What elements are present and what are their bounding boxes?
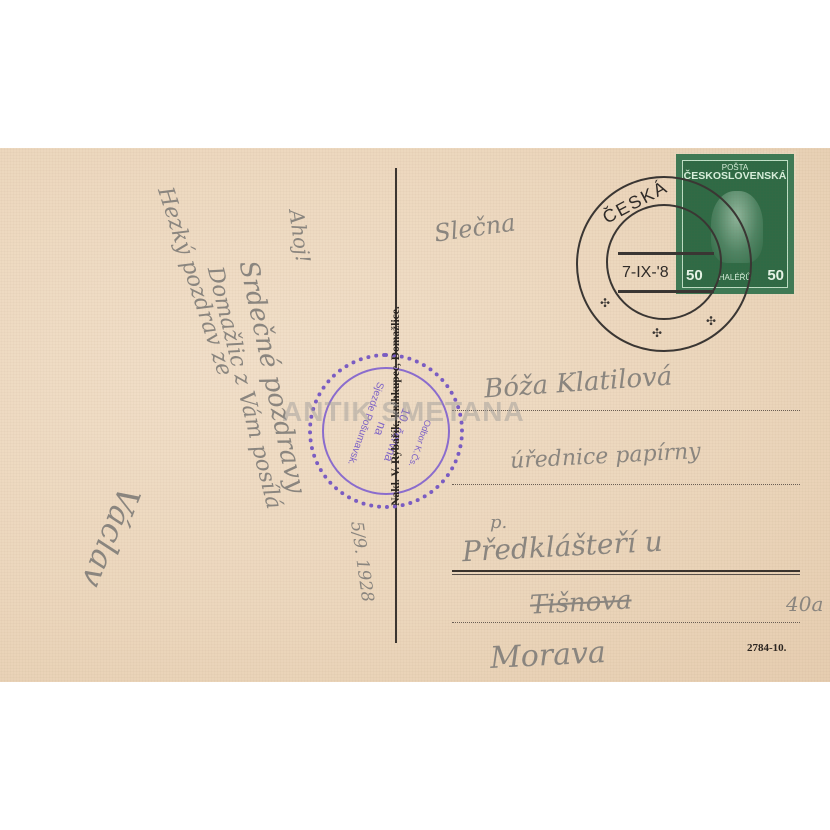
address-salutation: Slečna [432, 208, 517, 247]
address-region: Morava [489, 635, 607, 676]
address-occupation: úřednice papírny [509, 439, 701, 474]
postmark-date: 7-IX-'8 [622, 264, 669, 282]
postmark-star-icon: ✣ [652, 326, 662, 341]
postmark-bar-bottom [618, 290, 714, 293]
postmark: ČESKÁ 7-IX-'8 ✣ ✣ ✣ [576, 176, 752, 352]
address-line-3 [452, 570, 800, 572]
stamp-value-right: 50 [767, 267, 784, 284]
message-greeting: Ahoj! [284, 208, 315, 264]
postmark-bar-top [618, 252, 714, 255]
address-line-3b [452, 574, 800, 575]
address-house-number: 40a [786, 592, 823, 616]
postmark-inner-ring [606, 204, 722, 320]
address-line-2 [452, 484, 800, 485]
message-signature: Václav [74, 482, 148, 593]
stamp-header: POŠTA ČESKOSLOVENSKÁ [683, 163, 787, 181]
address-district: Tišnova [529, 585, 632, 620]
stamp-header-line2: ČESKOSLOVENSKÁ [683, 172, 787, 181]
watermark: ANTIK SMETANA [282, 396, 525, 428]
message-date: 5/9. 1928 [346, 520, 377, 603]
postmark-star-icon: ✣ [600, 296, 610, 311]
postcard-back: Ahoj! Srdečné pozdravy Hezký pozdrav ze … [0, 148, 830, 682]
address-line-4 [452, 622, 800, 623]
catalog-number: 2784-10. [747, 642, 786, 654]
address-prefix: p. [490, 512, 507, 533]
club-seal: 10. června na Sjezde Pošumavsk. Odbor K.… [308, 353, 464, 509]
postmark-star-icon: ✣ [706, 314, 716, 329]
